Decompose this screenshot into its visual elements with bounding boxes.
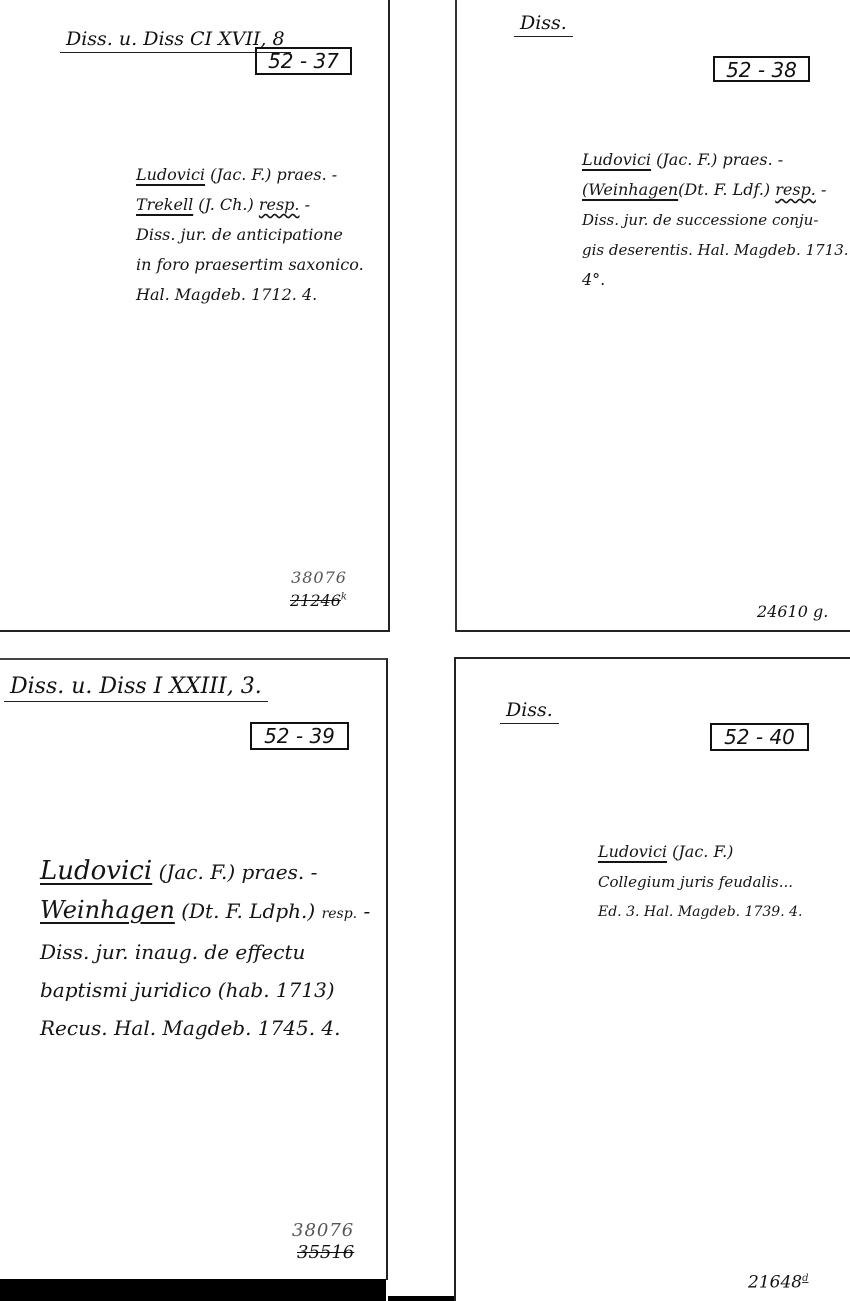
title-line: Diss. jur. inaug. de effectu xyxy=(40,933,370,971)
title-line: Diss. jur. de successione conju- xyxy=(582,205,849,235)
title-line: baptismi juridico (hab. 1713) xyxy=(40,971,370,1009)
accession-numbers: 38076 21246k xyxy=(290,568,347,611)
dash: - xyxy=(816,180,827,199)
accession-current: 38076 xyxy=(292,1220,354,1242)
dash: - xyxy=(300,195,311,214)
accession-suffix: d xyxy=(802,1273,808,1284)
respondent-name: Trekell xyxy=(136,195,193,214)
praeses-line: Ludovici (Jac. F.) praes. - xyxy=(582,145,849,175)
catalog-card-52-37: Diss. u. Diss CI XVII, 8 52 - 37 Ludovic… xyxy=(0,0,390,632)
praeses-details: (Jac. F.) praes. - xyxy=(210,165,337,184)
title-line: gis deserentis. Hal. Magdeb. 1713. xyxy=(582,235,849,265)
accession-current: 38076 xyxy=(290,568,347,588)
imprint-line: Ed. 3. Hal. Magdeb. 1739. 4. xyxy=(598,897,802,927)
respondent-line: Trekell (J. Ch.) resp. - xyxy=(136,190,364,220)
title-line: Diss. jur. de anticipatione xyxy=(136,220,364,250)
respondent-details: (Dt. F. Ldph.) xyxy=(181,899,315,923)
respondent-role: resp. xyxy=(322,906,358,922)
praeses-details: (Jac. F.) praes. - xyxy=(159,860,318,884)
respondent-line: (Weinhagen(Dt. F. Ldf.) resp. - xyxy=(582,175,849,205)
praeses-name: Ludovici xyxy=(136,165,205,184)
respondent-role: resp. xyxy=(775,180,816,199)
accession-numbers: 38076 35516 xyxy=(292,1220,354,1264)
catalog-card-52-40: Diss. 52 - 40 Ludovici (Jac. F.) Collegi… xyxy=(454,657,850,1301)
accession-struck-row: 21246k xyxy=(290,591,347,610)
praeses-details: (Jac. F.) praes. - xyxy=(656,150,783,169)
call-number: 52 - 40 xyxy=(710,723,809,751)
call-number: 52 - 39 xyxy=(250,722,349,750)
author-name: Ludovici xyxy=(598,842,667,861)
format-line: 4°. xyxy=(582,265,849,295)
catalog-entry: Ludovici (Jac. F.) praes. - Trekell (J. … xyxy=(136,160,364,310)
praeses-line: Ludovici (Jac. F.) xyxy=(598,837,802,867)
accession-struck: 35516 xyxy=(292,1242,354,1264)
praeses-line: Ludovici (Jac. F.) praes. - xyxy=(136,160,364,190)
imprint-line: Hal. Magdeb. 1712. 4. xyxy=(136,280,364,310)
shelfmark: Diss. xyxy=(500,699,559,724)
respondent-name: (Weinhagen xyxy=(582,180,678,199)
respondent-name: Weinhagen xyxy=(40,896,175,924)
accession-suffix: k xyxy=(341,592,347,603)
scan-edge xyxy=(0,1279,386,1301)
imprint-line: Recus. Hal. Magdeb. 1745. 4. xyxy=(40,1009,370,1047)
shelfmark: Diss. xyxy=(514,12,573,37)
dash: - xyxy=(357,899,370,923)
catalog-card-52-39: Diss. u. Diss I XXIII, 3. 52 - 39 Ludovi… xyxy=(0,658,388,1280)
respondent-role: resp. xyxy=(259,195,300,214)
respondent-line: Weinhagen (Dt. F. Ldph.) resp. - xyxy=(40,891,370,933)
call-number: 52 - 37 xyxy=(255,47,352,75)
praeses-name: Ludovici xyxy=(40,856,152,886)
accession-current: 24610 g. xyxy=(757,602,828,621)
shelfmark: Diss. u. Diss I XXIII, 3. xyxy=(4,674,268,702)
title-line: in foro praesertim saxonico. xyxy=(136,250,364,280)
accession-current: 21648 xyxy=(748,1273,802,1293)
respondent-details: (J. Ch.) xyxy=(198,195,253,214)
respondent-details: (Dt. F. Ldf.) xyxy=(678,180,770,199)
title-line: Collegium juris feudalis... xyxy=(598,867,802,897)
catalog-entry: Ludovici (Jac. F.) Collegium juris feuda… xyxy=(598,837,802,927)
accession-numbers: 21648d xyxy=(748,1269,809,1293)
praeses-line: Ludovici (Jac. F.) praes. - xyxy=(40,852,370,891)
accession-struck: 21246 xyxy=(290,591,341,610)
author-details: (Jac. F.) xyxy=(672,842,733,861)
call-number: 52 - 38 xyxy=(713,56,810,82)
catalog-entry: Ludovici (Jac. F.) praes. - (Weinhagen(D… xyxy=(582,145,849,295)
scan-edge xyxy=(388,1296,454,1301)
catalog-entry: Ludovici (Jac. F.) praes. - Weinhagen (D… xyxy=(40,852,370,1047)
catalog-card-52-38: Diss. 52 - 38 Ludovici (Jac. F.) praes. … xyxy=(455,0,850,632)
accession-numbers: 24610 g. xyxy=(757,602,828,622)
praeses-name: Ludovici xyxy=(582,150,651,169)
